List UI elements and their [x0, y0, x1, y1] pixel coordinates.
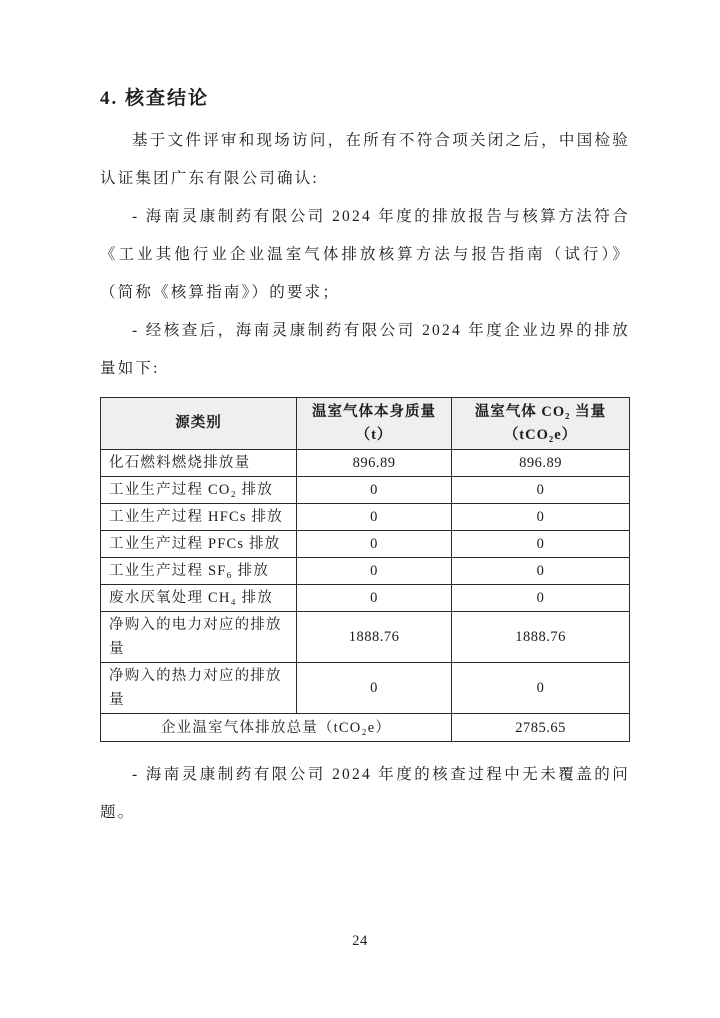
- row-label-process-pfcs: 工业生产过程 PFCs 排放: [101, 531, 297, 558]
- row-label-purchased-heat: 净购入的热力对应的排放量: [101, 663, 297, 714]
- paragraph-confirmation-intro: 基于文件评审和现场访问，在所有不符合项关闭之后，中国检验认证集团广东有限公司确认…: [100, 122, 630, 198]
- row-co2e-value: 0: [452, 663, 630, 714]
- table-row: 化石燃料燃烧排放量 896.89 896.89: [101, 450, 630, 477]
- section-heading: 4. 核查结论: [100, 86, 630, 112]
- row-label-fossil-fuel: 化石燃料燃烧排放量: [101, 450, 297, 477]
- row-mass-value: 0: [297, 558, 452, 585]
- row-mass-value: 0: [297, 477, 452, 504]
- row-mass-value: 0: [297, 531, 452, 558]
- header-source-category: 源类别: [101, 398, 297, 450]
- page-number: 24: [0, 933, 720, 950]
- row-co2e-value: 0: [452, 477, 630, 504]
- row-label-wastewater-ch4: 废水厌氧处理 CH₄ 排放: [101, 585, 297, 612]
- table-row: 净购入的电力对应的排放量 1888.76 1888.76: [101, 612, 630, 663]
- header-ghg-mass: 温室气体本身质量（t）: [297, 398, 452, 450]
- table-header-row: 源类别 温室气体本身质量（t） 温室气体 CO₂ 当量 （tCO₂e）: [101, 398, 630, 450]
- row-co2e-value: 0: [452, 504, 630, 531]
- row-mass-value: 0: [297, 585, 452, 612]
- row-mass-value: 0: [297, 504, 452, 531]
- row-mass-value: 1888.76: [297, 612, 452, 663]
- row-label-purchased-electricity: 净购入的电力对应的排放量: [101, 612, 297, 663]
- table-row: 工业生产过程 HFCs 排放 0 0: [101, 504, 630, 531]
- row-co2e-value: 0: [452, 585, 630, 612]
- row-mass-value: 896.89: [297, 450, 452, 477]
- table-row: 工业生产过程 PFCs 排放 0 0: [101, 531, 630, 558]
- row-label-process-sf6: 工业生产过程 SF₆ 排放: [101, 558, 297, 585]
- paragraph-no-uncovered-issues: - 海南灵康制药有限公司 2024 年度的核查过程中无未覆盖的问题。: [100, 756, 630, 832]
- row-mass-value: 0: [297, 663, 452, 714]
- row-co2e-value: 1888.76: [452, 612, 630, 663]
- row-label-process-co2: 工业生产过程 CO₂ 排放: [101, 477, 297, 504]
- total-emissions-label: 企业温室气体排放总量（tCO₂e）: [101, 714, 452, 742]
- row-co2e-value: 0: [452, 531, 630, 558]
- total-emissions-value: 2785.65: [452, 714, 630, 742]
- paragraph-report-compliance: - 海南灵康制药有限公司 2024 年度的排放报告与核算方法符合《工业其他行业企…: [100, 198, 630, 312]
- document-page: 4. 核查结论 基于文件评审和现场访问，在所有不符合项关闭之后，中国检验认证集团…: [0, 0, 720, 1018]
- page-content: 4. 核查结论 基于文件评审和现场访问，在所有不符合项关闭之后，中国检验认证集团…: [100, 86, 630, 832]
- emissions-table: 源类别 温室气体本身质量（t） 温室气体 CO₂ 当量 （tCO₂e） 化石燃料…: [100, 397, 630, 742]
- table-total-row: 企业温室气体排放总量（tCO₂e） 2785.65: [101, 714, 630, 742]
- row-label-process-hfcs: 工业生产过程 HFCs 排放: [101, 504, 297, 531]
- table-row: 工业生产过程 CO₂ 排放 0 0: [101, 477, 630, 504]
- table-row: 工业生产过程 SF₆ 排放 0 0: [101, 558, 630, 585]
- table-row: 废水厌氧处理 CH₄ 排放 0 0: [101, 585, 630, 612]
- row-co2e-value: 0: [452, 558, 630, 585]
- row-co2e-value: 896.89: [452, 450, 630, 477]
- header-co2-equivalent: 温室气体 CO₂ 当量 （tCO₂e）: [452, 398, 630, 450]
- table-row: 净购入的热力对应的排放量 0 0: [101, 663, 630, 714]
- paragraph-emissions-intro: - 经核查后，海南灵康制药有限公司 2024 年度企业边界的排放量如下:: [100, 312, 630, 388]
